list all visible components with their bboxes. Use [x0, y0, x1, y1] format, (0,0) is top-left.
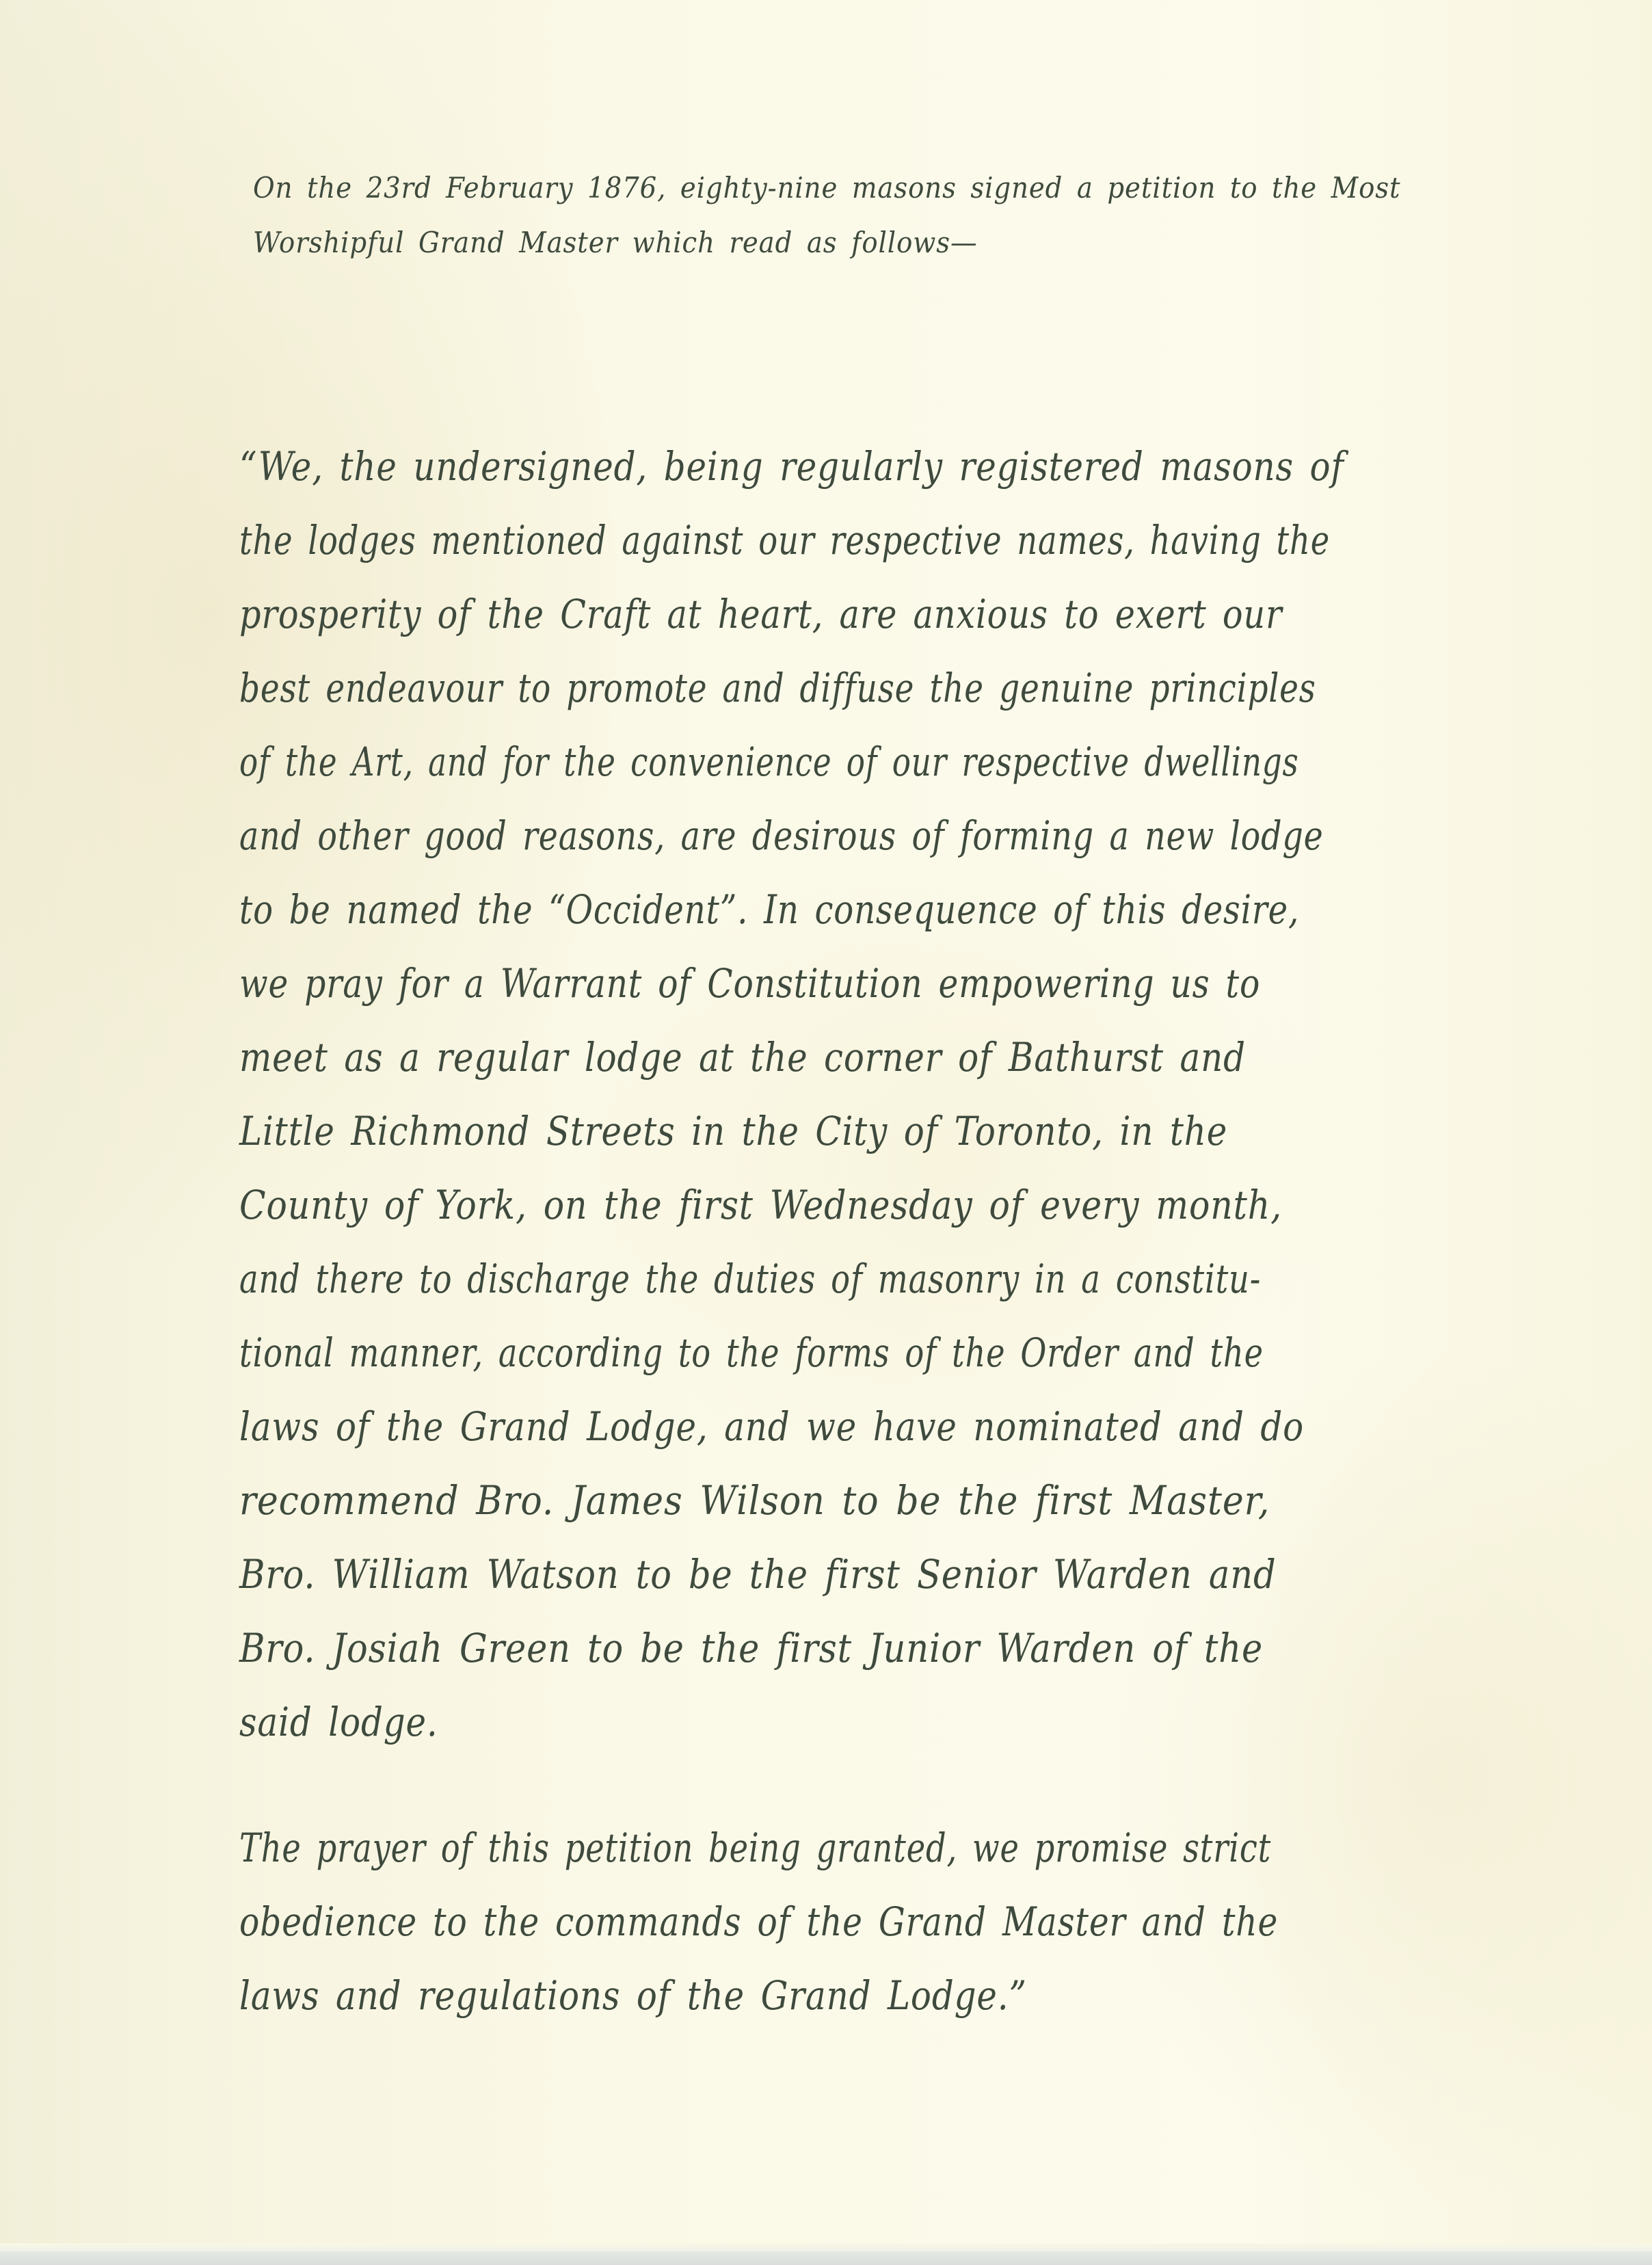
petition-line: and there to discharge the duties of mas… — [239, 1256, 1261, 1302]
petition-line: prosperity of the Craft at heart, are an… — [239, 591, 1282, 637]
petition-line: Little Richmond Streets in the City of T… — [239, 1108, 1227, 1154]
petition-line: Bro. William Watson to be the first Seni… — [239, 1551, 1277, 1598]
petition-line: we pray for a Warrant of Constitution em… — [239, 960, 1260, 1007]
scanner-bed-edge — [0, 2251, 1652, 2265]
petition-line: of the Art, and for the convenience of o… — [239, 739, 1299, 785]
petition-line: “We, the undersigned, being regularly re… — [239, 443, 1344, 490]
petition-line: County of York, on the first Wednesday o… — [239, 1182, 1282, 1228]
petition-line: meet as a regular lodge at the corner of… — [239, 1034, 1246, 1081]
petition-line: The prayer of this petition being grante… — [239, 1825, 1271, 1871]
petition-line: tional manner, according to the forms of… — [239, 1329, 1264, 1376]
petition-line: and other good reasons, are desirous of … — [239, 812, 1324, 859]
petition-line: best endeavour to promote and diffuse th… — [239, 665, 1316, 711]
parchment-page: On the 23rd February 1876, eighty-nine m… — [0, 0, 1652, 2243]
petition-line: said lodge. — [239, 1699, 438, 1745]
petition-line: the lodges mentioned against our respect… — [239, 517, 1330, 564]
petition-line: laws and regulations of the Grand Lodge.… — [239, 1972, 1027, 2019]
petition-line: recommend Bro. James Wilson to be the fi… — [239, 1477, 1270, 1524]
petition-line: Bro. Josiah Green to be the first Junior… — [239, 1625, 1263, 1671]
intro-line: Worshipful Grand Master which read as fo… — [253, 226, 978, 259]
petition-line: obedience to the commands of the Grand M… — [239, 1898, 1278, 1945]
intro-line: On the 23rd February 1876, eighty-nine m… — [253, 171, 1401, 204]
petition-line: to be named the “Occident”. In consequen… — [239, 886, 1299, 933]
petition-line: laws of the Grand Lodge, and we have nom… — [239, 1403, 1304, 1450]
